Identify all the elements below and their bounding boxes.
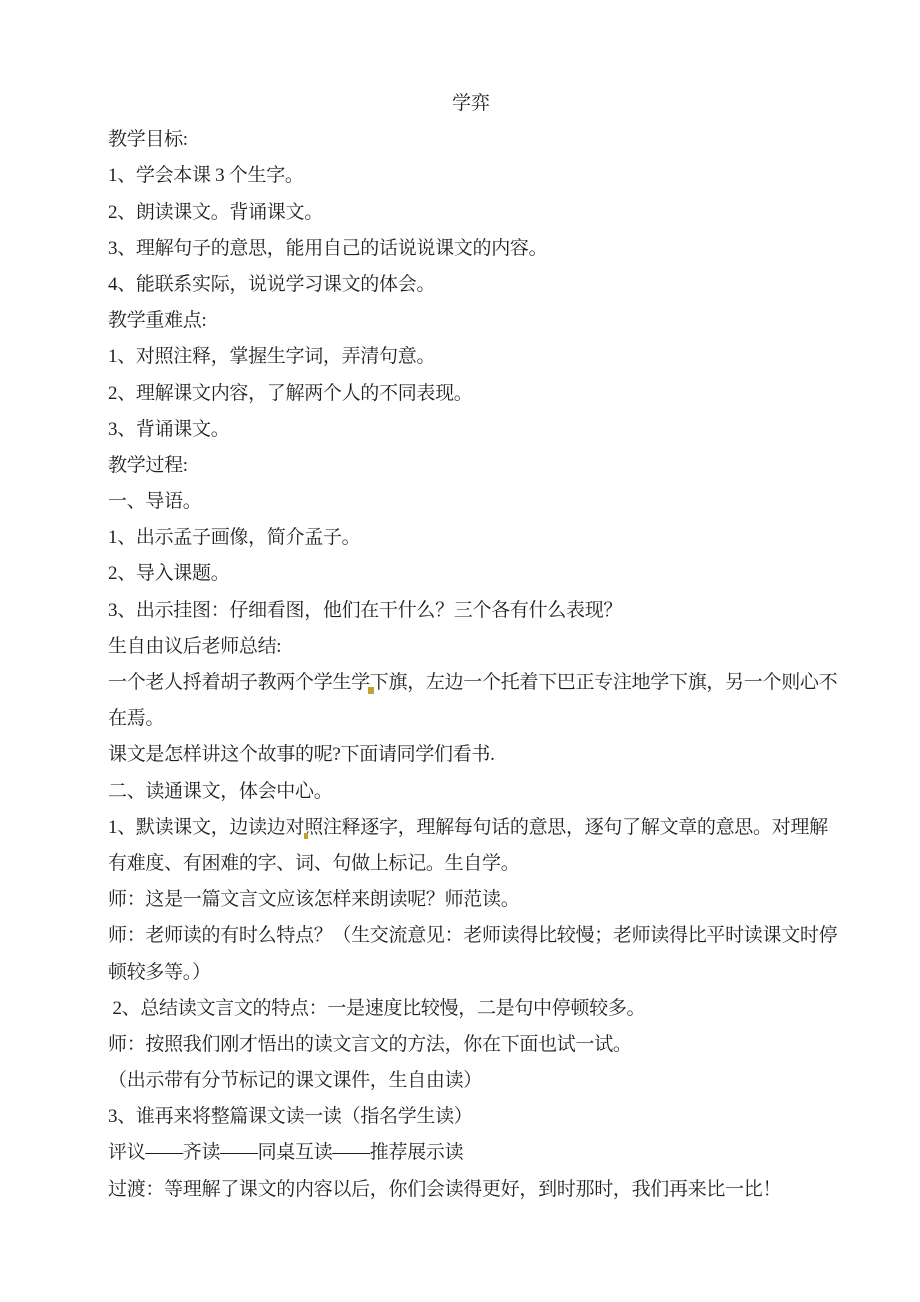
- proofing-dot-icon: [304, 833, 308, 839]
- doc-line: 二、读通课文，体会中心。: [108, 774, 834, 810]
- doc-line: 教学重难点:: [108, 303, 834, 339]
- doc-line: 一个老人捋着胡子教两个学生学下旗，左边一个托着下巴正专注地学下旗，另一个则心不: [108, 665, 834, 701]
- doc-line: 2、朗读课文。背诵课文。: [108, 195, 834, 231]
- doc-line: 1、出示孟子画像，简介孟子。: [108, 520, 834, 556]
- doc-line: 1、默读课文，边读边对照注释逐字，理解每句话的意思，逐句了解文章的意思。对理解: [108, 810, 834, 846]
- doc-line: 评议——齐读——同桌互读——推荐展示读: [108, 1135, 834, 1171]
- page-title: 学弈: [108, 86, 834, 122]
- doc-line: 师：老师读的有时么特点？（生交流意见：老师读得比较慢；老师读得比平时读课文时停: [108, 918, 834, 954]
- doc-line: 2、导入课题。: [108, 556, 834, 592]
- doc-line: 有难度、有困难的字、词、句做上标记。生自学。: [108, 846, 834, 882]
- doc-line: 1、学会本课 3 个生字。: [108, 158, 834, 194]
- doc-line: 过渡：等理解了课文的内容以后，你们会读得更好，到时那时，我们再来比一比！: [108, 1172, 834, 1208]
- doc-line: 3、谁再来将整篇课文读一读（指名学生读）: [108, 1099, 834, 1135]
- doc-line: 3、背诵课文。: [108, 412, 834, 448]
- doc-line: 2、理解课文内容，了解两个人的不同表现。: [108, 376, 834, 412]
- doc-line: 4、能联系实际，说说学习课文的体会。: [108, 267, 834, 303]
- doc-line: 在焉。: [108, 701, 834, 737]
- doc-line: 师：这是一篇文言文应该怎样来朗读呢？师范读。: [108, 882, 834, 918]
- doc-line: （出示带有分节标记的课文课件，生自由读）: [108, 1063, 834, 1099]
- proofing-dot-icon: [368, 687, 374, 694]
- doc-line: 3、出示挂图：仔细看图，他们在干什么？三个各有什么表现？: [108, 593, 834, 629]
- doc-line: 1、对照注释，掌握生字词，弄清句意。: [108, 339, 834, 375]
- doc-line: 生自由议后老师总结:: [108, 629, 834, 665]
- doc-line: 教学目标:: [108, 122, 834, 158]
- doc-line: 教学过程:: [108, 448, 834, 484]
- doc-line: 2、总结读文言文的特点：一是速度比较慢，二是句中停顿较多。: [108, 991, 834, 1027]
- document-text-block: 学弈 教学目标: 1、学会本课 3 个生字。 2、朗读课文。背诵课文。 3、理解…: [108, 86, 834, 1208]
- document-page: 学弈 教学目标: 1、学会本课 3 个生字。 2、朗读课文。背诵课文。 3、理解…: [0, 0, 920, 1302]
- doc-line: 3、理解句子的意思，能用自己的话说说课文的内容。: [108, 231, 834, 267]
- doc-line: 一、导语。: [108, 484, 834, 520]
- doc-line: 师：按照我们刚才悟出的读文言文的方法，你在下面也试一试。: [108, 1027, 834, 1063]
- doc-line: 顿较多等。）: [108, 955, 834, 991]
- doc-line: 课文是怎样讲这个故事的呢?下面请同学们看书.: [108, 737, 834, 773]
